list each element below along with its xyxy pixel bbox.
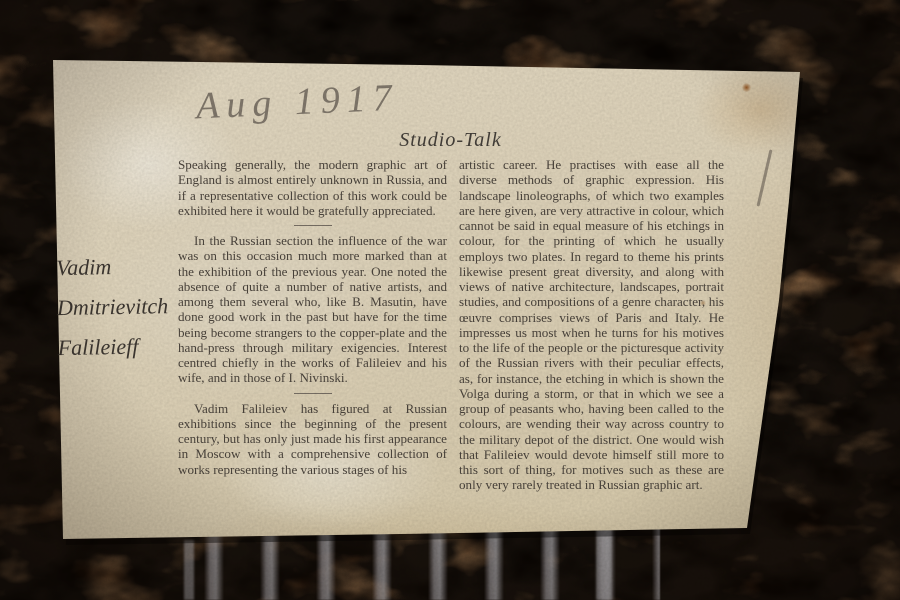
section-divider (294, 393, 332, 394)
photo-of-pasted-clipping: Aug 1917 Studio-Talk Speaking generally,… (0, 0, 900, 600)
foxing-spot (742, 83, 751, 92)
article-column-right: artistic career. He practises with ease … (459, 157, 724, 493)
section-divider (294, 225, 332, 226)
paragraph: artistic career. He practises with ease … (459, 157, 724, 493)
paint-streak (184, 540, 194, 600)
paragraph: Vadim Falileiev has figured at Russian e… (178, 401, 447, 477)
paragraph: In the Russian section the influence of … (178, 233, 447, 386)
paragraph: Speaking generally, the modern graphic a… (178, 157, 447, 218)
article-column-left: Speaking generally, the modern graphic a… (178, 157, 447, 477)
margin-annotation-line: Dmitrievitch (57, 286, 183, 328)
margin-annotation-name: Vadim Dmitrievitch Falileieff (56, 246, 183, 368)
article-title: Studio-Talk (178, 129, 723, 152)
margin-annotation-line: Falileieff (57, 326, 183, 368)
margin-annotation-line: Vadim (56, 246, 182, 288)
handwritten-date: Aug 1917 (195, 76, 399, 129)
